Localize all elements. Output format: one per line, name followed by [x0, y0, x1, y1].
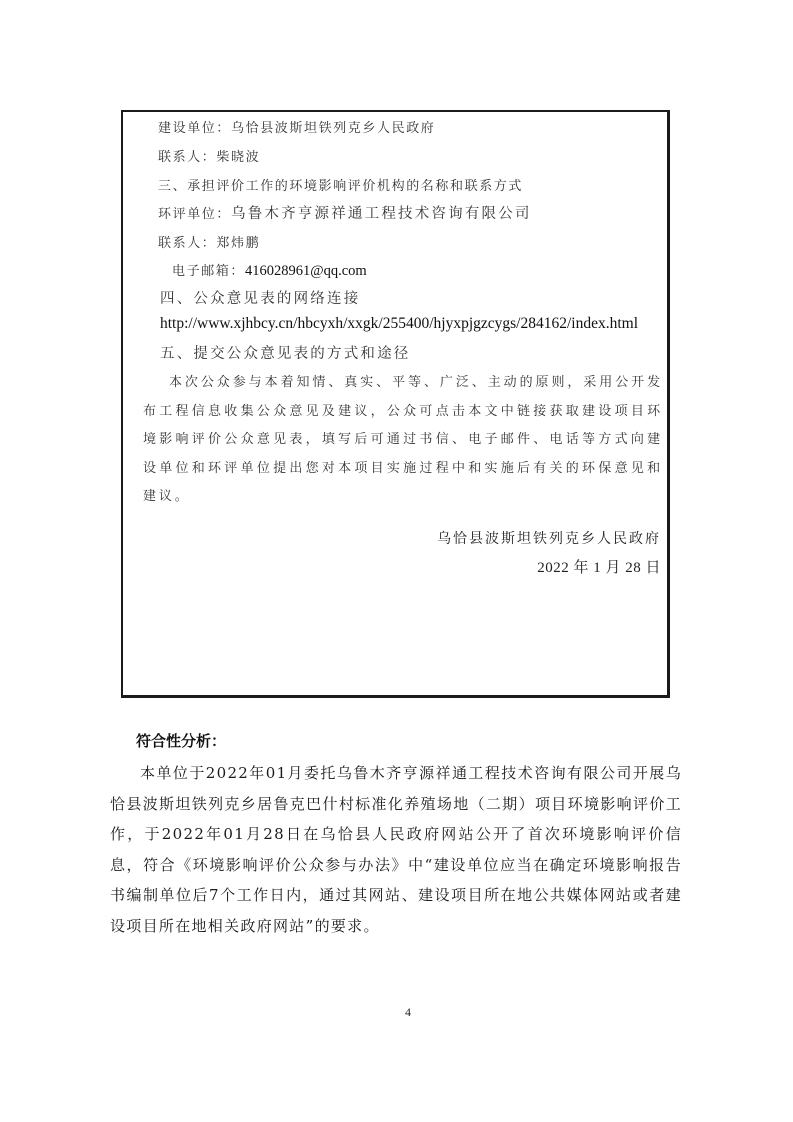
section-5-body: 本次公众参与本着知情、真实、平等、广泛、主动的原则，采用公开发布工程信息收集公众… [143, 369, 663, 512]
section-3-title: 三、承担评价工作的环境影响评价机构的名称和联系方式 [158, 175, 523, 194]
email-label: 电子邮箱： [172, 264, 245, 279]
eia-unit-label: 环评单位： [158, 207, 231, 222]
eia-unit-name: 乌鲁木齐亨源祥通工程技术咨询有限公司 [231, 206, 532, 222]
analysis-heading: 符合性分析： [136, 730, 226, 751]
public-opinion-form-link[interactable]: http://www.xjhbcy.cn/hbcyxh/xxgk/255400/… [160, 315, 638, 333]
contact-person-2: 联系人：郑炜鹏 [158, 232, 260, 251]
signature-org: 乌恰县波斯坦铁列克乡人民政府 [437, 528, 661, 548]
eia-unit-row: 环评单位：乌鲁木齐亨源祥通工程技术咨询有限公司 [158, 202, 532, 223]
section-5-title: 五、提交公众意见表的方式和途径 [160, 342, 411, 363]
email-row: 电子邮箱：416028961@qq.com [172, 260, 367, 280]
signature-date: 2022 年 1 月 28 日 [537, 556, 661, 577]
section-4-title: 四、公众意见表的网络连接 [160, 287, 360, 308]
email-value[interactable]: 416028961@qq.com [245, 263, 367, 279]
page-number: 4 [405, 1005, 411, 1020]
analysis-body: 本单位于2022年01月委托乌鲁木齐亨源祥通工程技术咨询有限公司开展乌恰县波斯坦… [110, 758, 682, 941]
construction-unit: 建设单位：乌恰县波斯坦铁列克乡人民政府 [158, 117, 435, 136]
contact-person-1: 联系人：柴晓波 [158, 146, 260, 165]
